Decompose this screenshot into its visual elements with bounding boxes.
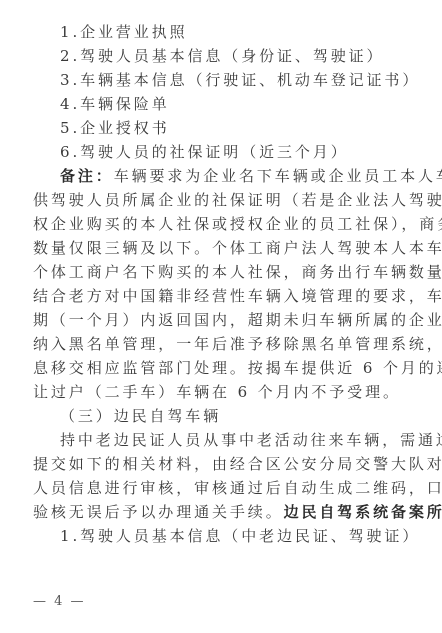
section-heading: （三）边民自驾车辆 [33, 404, 413, 428]
note-line: 纳入黑名单管理，一年后准予移除黑名单管理系统，并将相关信 [33, 332, 413, 356]
list-item: 5.企业授权书 [33, 116, 413, 140]
note-line: 数量仅限三辆及以下。个体工商户法人驾驶本人本车，提供授权 [33, 236, 413, 260]
list-item: 1.企业营业执照 [33, 20, 413, 44]
note-line: 息移交相应监管部门处理。按揭车提供近 6 个月的还款证明，转 [33, 356, 413, 380]
paragraph-line: 提交如下的相关材料，由经合区公安分局交警大队对车辆和驾驶 [33, 452, 413, 476]
list-item: 4.车辆保险单 [33, 92, 413, 116]
page-number: — 4 — [33, 594, 86, 609]
paragraph-line: 人员信息进行审核，审核通过后自动生成二维码，口岸监管部门 [33, 476, 413, 500]
note-line: 让过户（二手车）车辆在 6 个月内不予受理。 [33, 380, 413, 404]
paragraph-text: 验核无误后予以办理通关手续。 [33, 503, 284, 521]
paragraph-line: 持中老边民证人员从事中老活动往来车辆，需通过“系统” [33, 428, 413, 452]
list-item: 3.车辆基本信息（行驶证、机动车登记证书） [33, 68, 413, 92]
list-item: 6.驾驶人员的社保证明（近三个月） [33, 140, 413, 164]
note-line: 权企业购买的本人社保或授权企业的员工社保），商务出行车辆 [33, 212, 413, 236]
note-line: 供驾驶人员所属企业的社保证明（若是企业法人驾驶，可提供授 [33, 188, 413, 212]
list-item: 2.驾驶人员基本信息（身份证、驾驶证） [33, 44, 413, 68]
note-first-line: 备注：车辆要求为企业名下车辆或企业员工本人车辆，并提 [33, 164, 413, 188]
note-line: 结合老方对中国籍非经营性车辆入境管理的要求，车辆须在有效 [33, 284, 413, 308]
document-page: 1.企业营业执照 2.驾驶人员基本信息（身份证、驾驶证） 3.车辆基本信息（行驶… [33, 20, 413, 548]
note-line: 期（一个月）内返回国内，超期未归车辆所属的企业或个人将被 [33, 308, 413, 332]
note-line: 个体工商户名下购买的本人社保，商务出行车辆数量仅限一辆。 [33, 260, 413, 284]
list-item: 1.驾驶人员基本信息（中老边民证、驾驶证） [33, 524, 413, 548]
note-label: 备注： [60, 167, 114, 185]
note-text: 车辆要求为企业名下车辆或企业员工本人车辆，并提 [114, 167, 442, 185]
paragraph-bold-text: 边民自驾系统备案所需材料如下： [284, 503, 442, 521]
paragraph-last-line: 验核无误后予以办理通关手续。边民自驾系统备案所需材料如下： [33, 500, 413, 524]
